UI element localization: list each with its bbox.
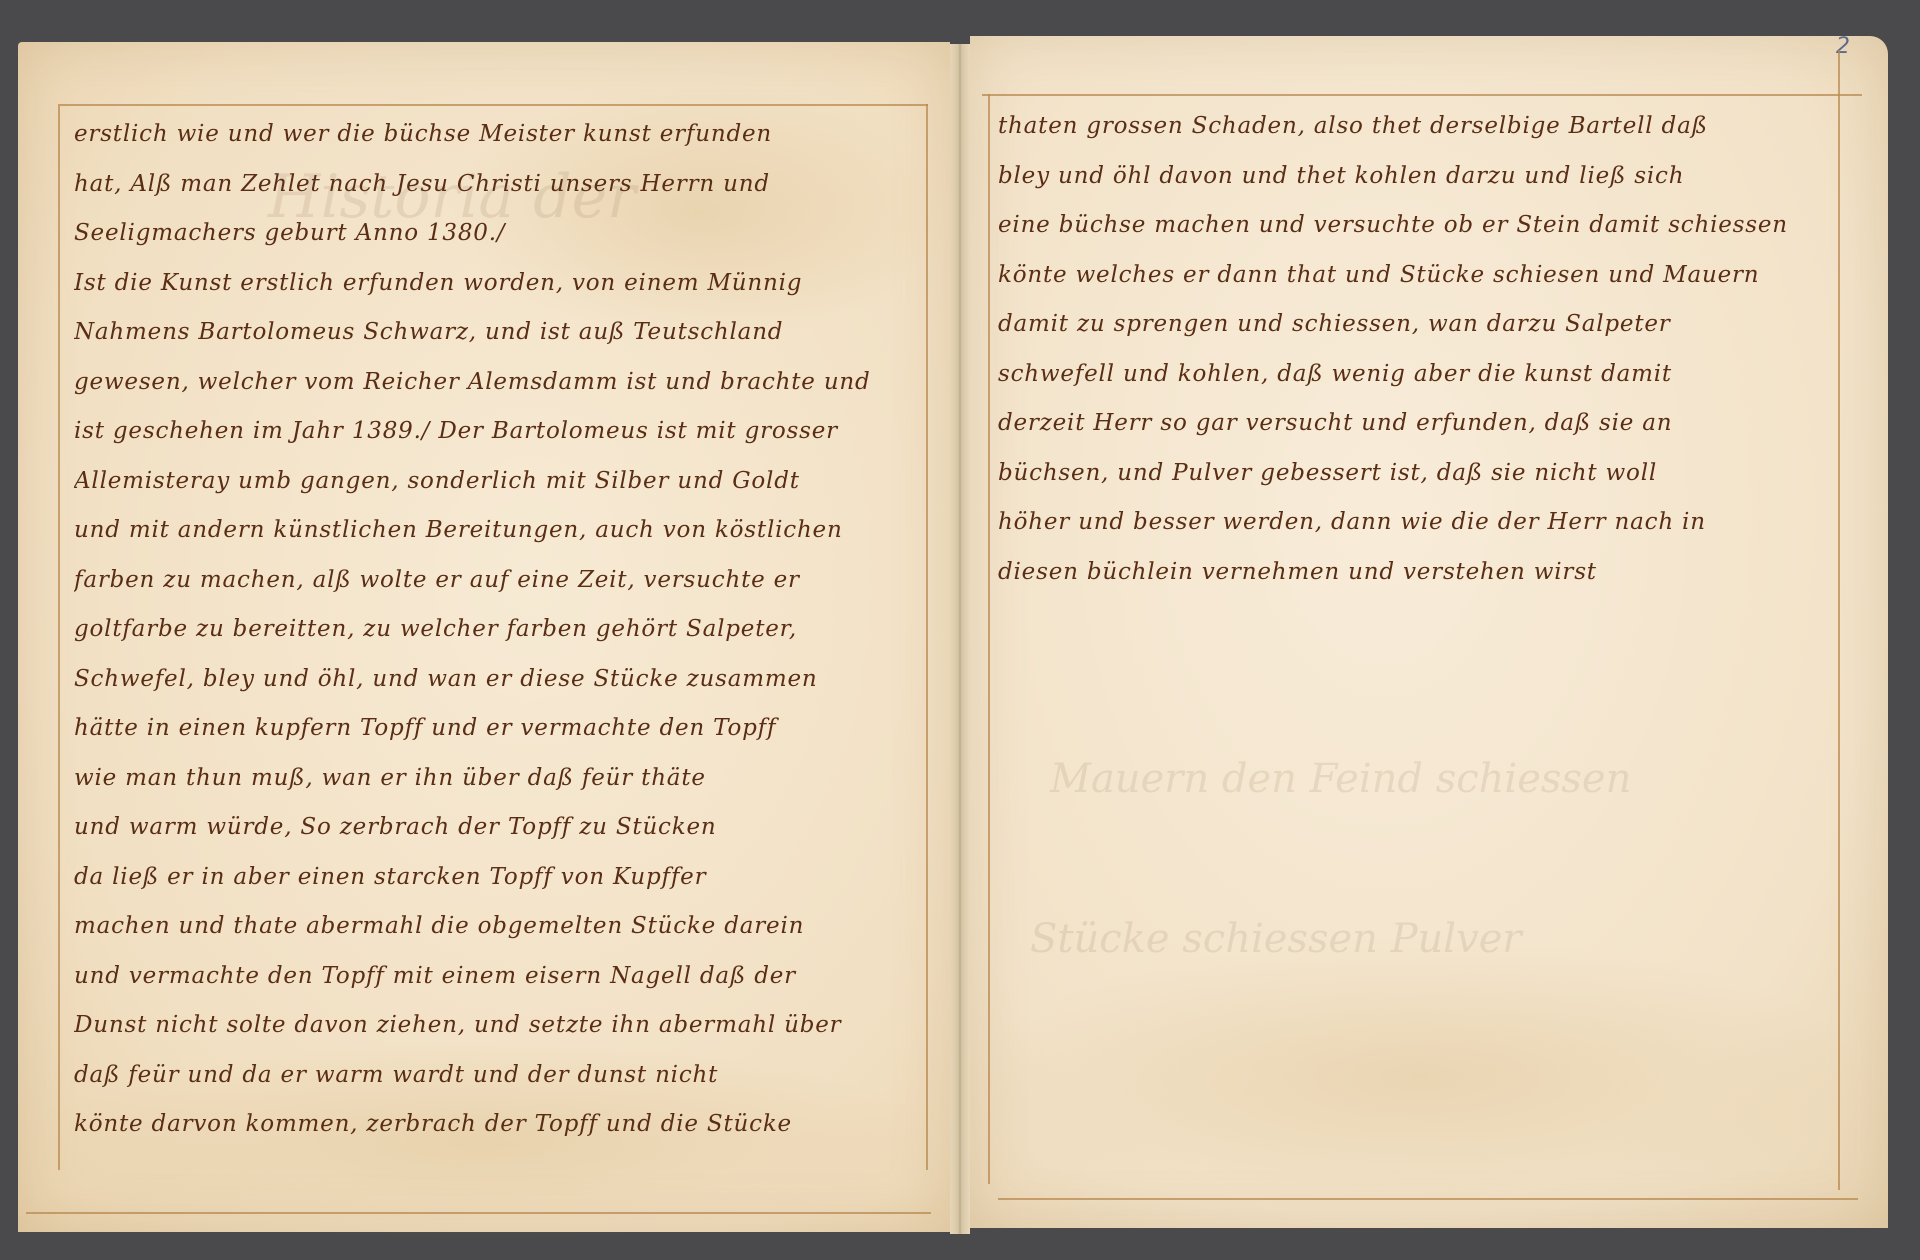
bottom-margin-rule: [998, 1198, 1858, 1200]
text-line: damit zu sprengen und schiessen, wan dar…: [998, 300, 1838, 350]
text-line: derzeit Herr so gar versucht und erfunde…: [998, 399, 1838, 449]
text-line: könte welches er dann that und Stücke sc…: [998, 251, 1838, 301]
text-line: Schwefel, bley und öhl, und wan er diese…: [74, 655, 926, 705]
text-line: und vermachte den Topff mit einem eisern…: [74, 952, 926, 1002]
text-line: eine büchse machen und versuchte ob er S…: [998, 201, 1838, 251]
bottom-margin-rule: [26, 1212, 931, 1214]
text-line: da ließ er in aber einen starcken Topff …: [74, 853, 926, 903]
text-line: bley und öhl davon und thet kohlen darzu…: [998, 152, 1838, 202]
text-line: farben zu machen, alß wolte er auf eine …: [74, 556, 926, 606]
left-margin-rule: [988, 94, 990, 1184]
text-line: gewesen, welcher vom Reicher Alemsdamm i…: [74, 358, 926, 408]
left-page-text: erstlich wie und wer die büchse Meister …: [74, 110, 926, 1150]
text-line: und mit andern künstlichen Bereitungen, …: [74, 506, 926, 556]
text-line: und warm würde, So zerbrach der Topff zu…: [74, 803, 926, 853]
text-line: büchsen, und Pulver gebessert ist, daß s…: [998, 449, 1838, 499]
right-margin-rule: [1838, 50, 1840, 1190]
text-line: erstlich wie und wer die büchse Meister …: [74, 110, 926, 160]
text-line: thaten grossen Schaden, also thet dersel…: [998, 102, 1838, 152]
text-line: Allemisteray umb gangen, sonderlich mit …: [74, 457, 926, 507]
manuscript-spread: Historia der erstlich wie und wer die bü…: [18, 42, 1888, 1232]
ink-bleed-through: Mauern den Feind schiessen: [1050, 756, 1631, 802]
top-margin-rule: [982, 94, 1862, 96]
text-line: könte darvon kommen, zerbrach der Topff …: [74, 1100, 926, 1150]
text-line: daß feür und da er warm wardt und der du…: [74, 1051, 926, 1101]
text-line: Ist die Kunst erstlich erfunden worden, …: [74, 259, 926, 309]
right-page-text: thaten grossen Schaden, also thet dersel…: [998, 102, 1838, 597]
text-line: schwefell und kohlen, daß wenig aber die…: [998, 350, 1838, 400]
text-line: Seeligmachers geburt Anno 1380./: [74, 209, 926, 259]
text-line: diesen büchlein vernehmen und verstehen …: [998, 548, 1838, 598]
text-line: Nahmens Bartolomeus Schwarz, und ist auß…: [74, 308, 926, 358]
text-line: ist geschehen im Jahr 1389./ Der Bartolo…: [74, 407, 926, 457]
text-line: höher und besser werden, dann wie die de…: [998, 498, 1838, 548]
text-line: hätte in einen kupfern Topff und er verm…: [74, 704, 926, 754]
top-margin-rule: [60, 104, 928, 106]
text-line: wie man thun muß, wan er ihn über daß fe…: [74, 754, 926, 804]
right-page: Mauern den Feind schiessen Stücke schies…: [970, 36, 1888, 1228]
left-page: Historia der erstlich wie und wer die bü…: [18, 42, 950, 1232]
left-margin-rule: [58, 104, 60, 1170]
text-line: hat, Alß man Zehlet nach Jesu Christi un…: [74, 160, 926, 210]
ink-bleed-through: Stücke schiessen Pulver: [1030, 916, 1521, 962]
water-stain: [970, 936, 1870, 1216]
right-margin-rule: [926, 104, 928, 1170]
text-line: goltfarbe zu bereitten, zu welcher farbe…: [74, 605, 926, 655]
text-line: machen und thate abermahl die obgemelten…: [74, 902, 926, 952]
text-line: Dunst nicht solte davon ziehen, und setz…: [74, 1001, 926, 1051]
book-gutter: [950, 44, 970, 1234]
